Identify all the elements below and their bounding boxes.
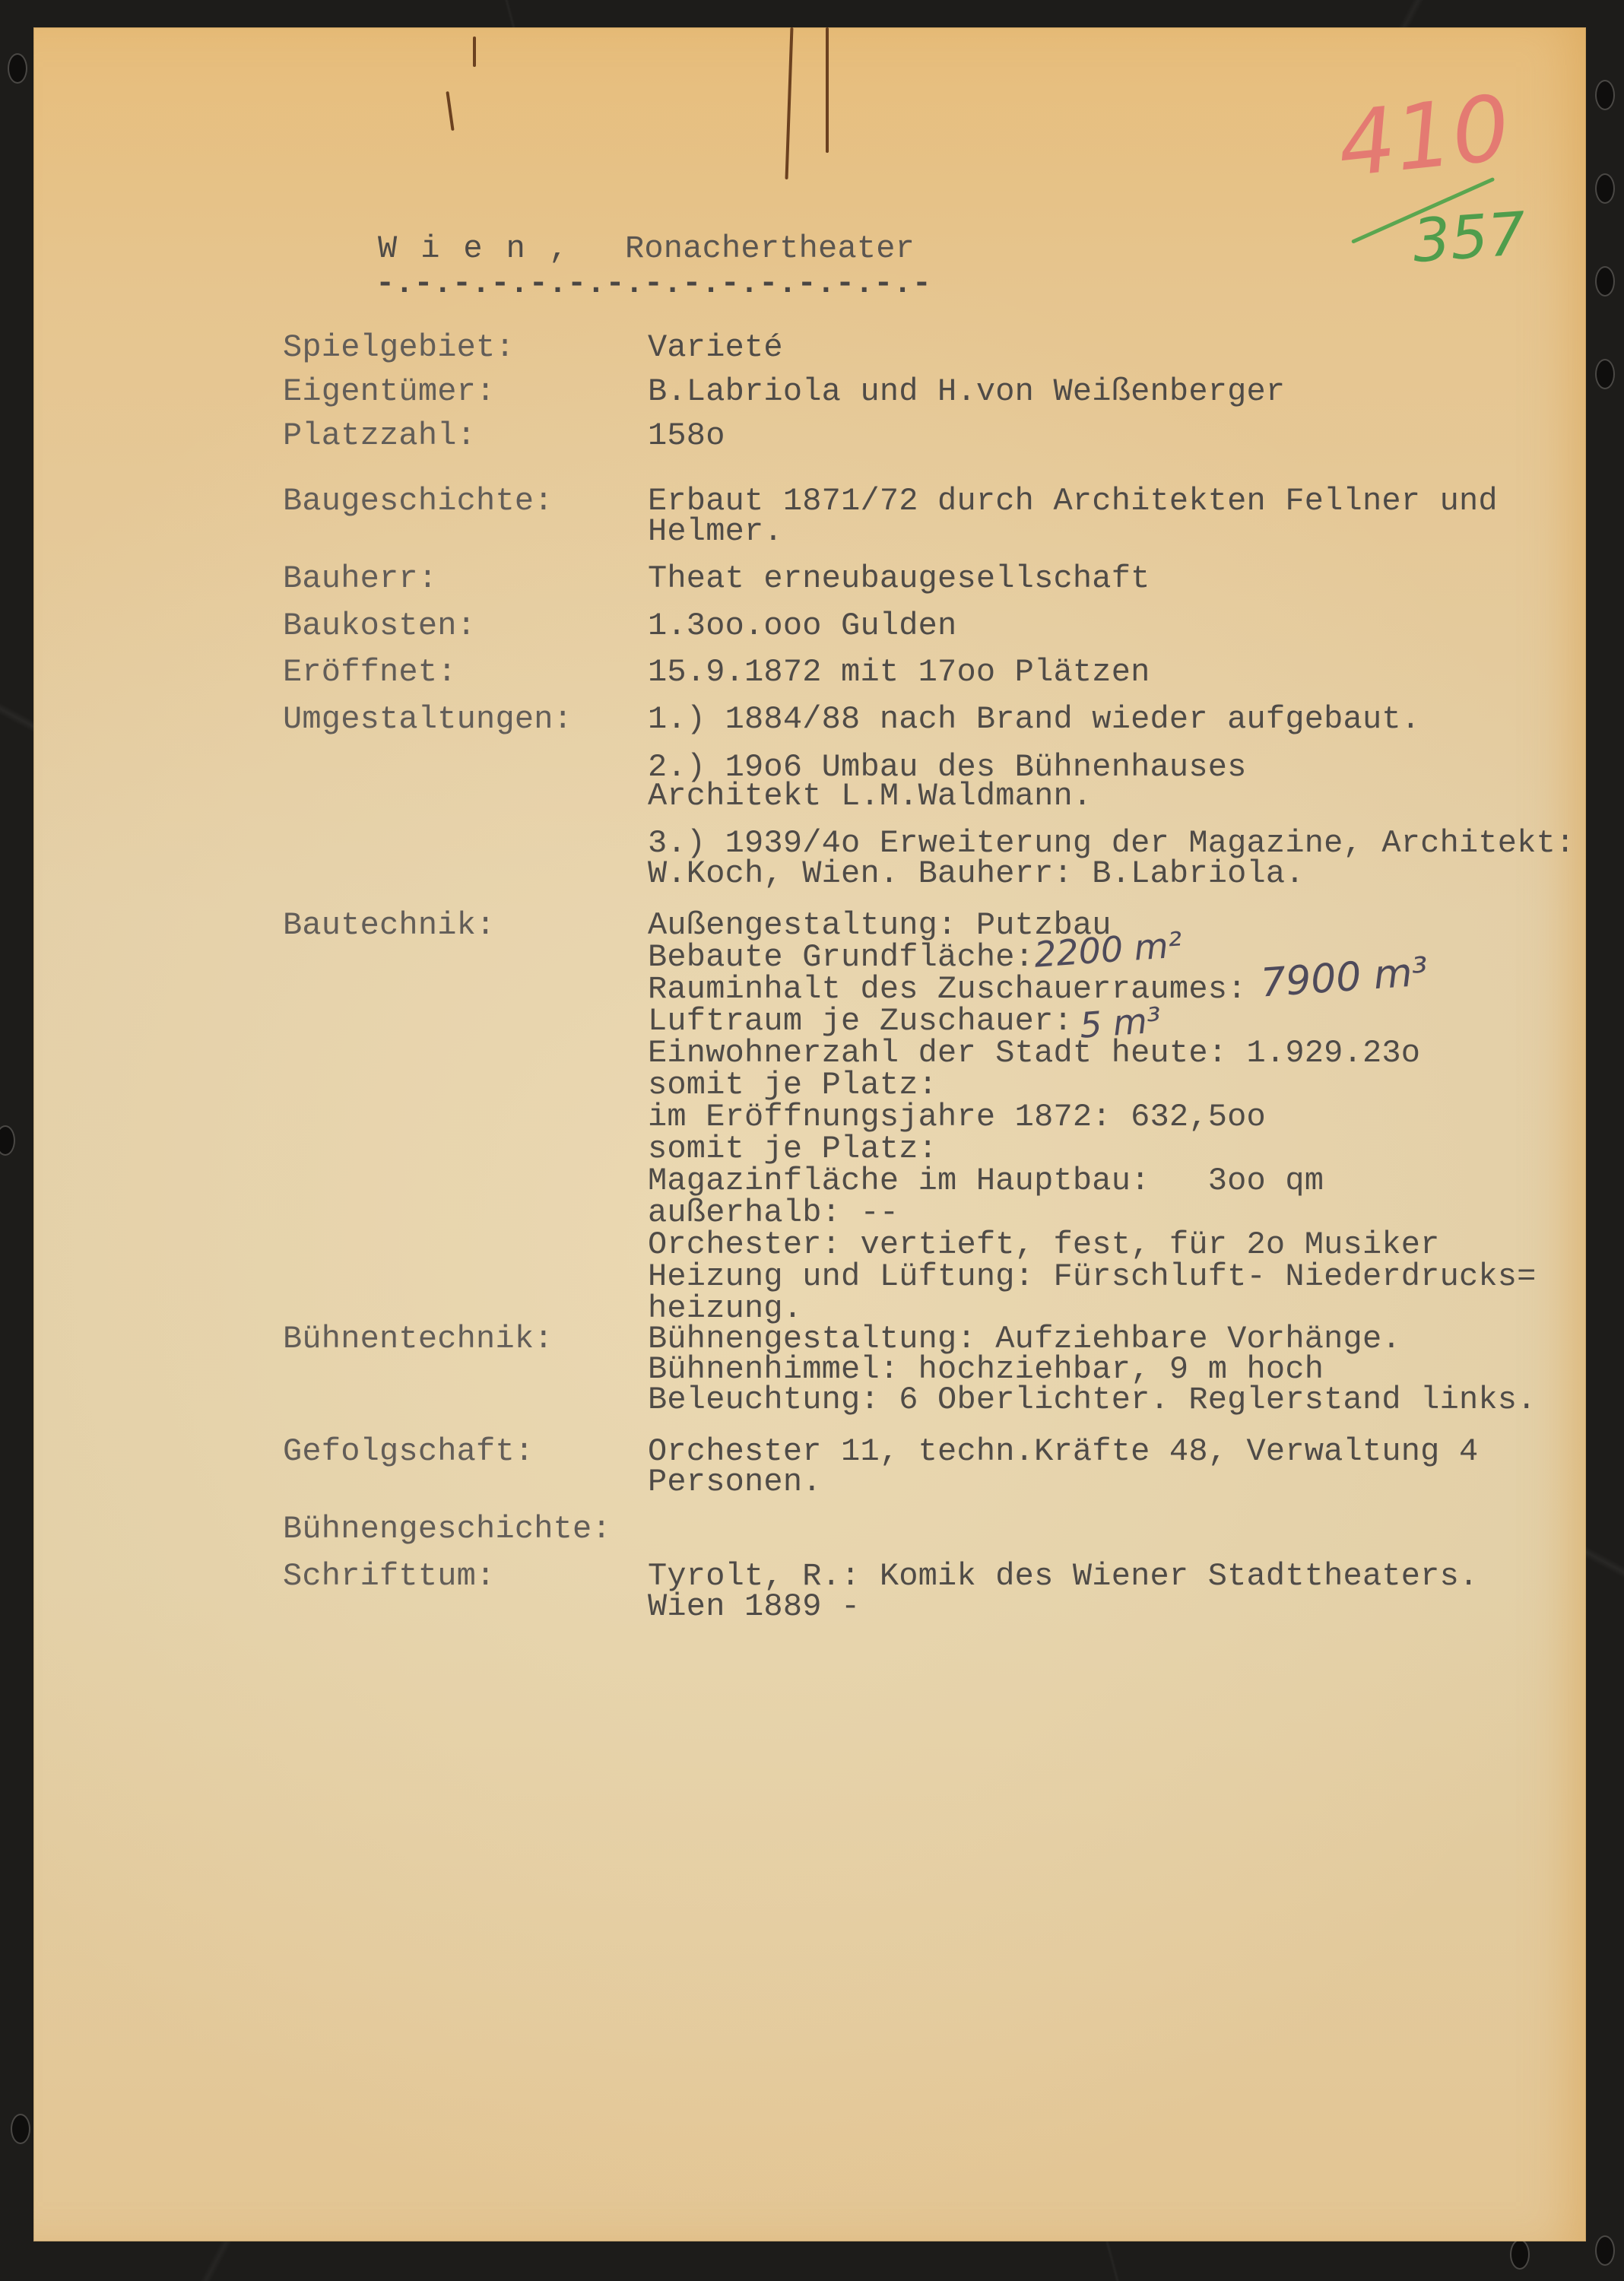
- buehnentechnik-line: Beleuchtung: 6 Oberlichter. Reglerstand …: [648, 1384, 1537, 1416]
- binder-hole: [1595, 80, 1615, 110]
- bautechnik-line: Magazinfläche im Hauptbau: 3oo qm: [648, 1165, 1324, 1197]
- label-spielgebiet: Spielgebiet:: [283, 332, 515, 363]
- value-baugeschichte-line: Helmer.: [648, 516, 783, 547]
- binder-hole: [1595, 359, 1615, 389]
- city-heading: Wien,: [378, 233, 592, 265]
- label-gefolgschaft: Gefolgschaft:: [283, 1436, 534, 1467]
- archive-number-green: 357: [1410, 200, 1528, 276]
- value-umgestaltung-item: 1.) 1884/88 nach Brand wieder aufgebaut.: [648, 703, 1420, 735]
- theater-heading: Ronachertheater: [625, 233, 915, 265]
- bautechnik-line: außerhalb: --: [648, 1197, 899, 1229]
- value-spielgebiet: Varieté: [648, 332, 783, 363]
- label-eroeffnet: Eröffnet:: [283, 656, 457, 688]
- bautechnik-line: Einwohnerzahl der Stadt heute: 1.929.23o: [648, 1037, 1420, 1069]
- bautechnik-line: Luftraum je Zuschauer:: [648, 1005, 1073, 1037]
- gefolgschaft-line: Personen.: [648, 1466, 822, 1498]
- buehnentechnik-line: Bühnenhimmel: hochziehbar, 9 m hoch: [648, 1353, 1324, 1385]
- schrifttum-line: Tyrolt, R.: Komik des Wiener Stadttheate…: [648, 1560, 1478, 1592]
- bautechnik-line: heizung.: [648, 1293, 802, 1325]
- binder-hole: [8, 53, 27, 84]
- value-platzzahl: 158o: [648, 420, 725, 452]
- bautechnik-line: somit je Platz:: [648, 1133, 937, 1165]
- label-baugeschichte: Baugeschichte:: [283, 485, 553, 517]
- handwritten-luftraum: 5 m³: [1078, 999, 1162, 1045]
- rust-mark: [826, 27, 829, 153]
- value-umgestaltung-item: W.Koch, Wien. Bauherr: B.Labriola.: [648, 858, 1305, 890]
- binder-hole: [11, 2114, 30, 2144]
- bautechnik-line: somit je Platz:: [648, 1069, 937, 1101]
- value-baukosten: 1.3oo.ooo Gulden: [648, 610, 956, 642]
- buehnentechnik-line: Bühnengestaltung: Aufziehbare Vorhänge.: [648, 1323, 1401, 1355]
- bautechnik-line: Orchester: vertieft, fest, für 2o Musike…: [648, 1229, 1440, 1261]
- value-eigentuemer: B.Labriola und H.von Weißenberger: [648, 376, 1285, 408]
- label-bautechnik: Bautechnik:: [283, 909, 495, 941]
- label-eigentuemer: Eigentümer:: [283, 376, 495, 408]
- bautechnik-line: im Eröffnungsjahre 1872: 632,5oo: [648, 1101, 1266, 1133]
- value-eroeffnet: 15.9.1872 mit 17oo Plätzen: [648, 656, 1150, 688]
- gefolgschaft-line: Orchester 11, techn.Kräfte 48, Verwaltun…: [648, 1436, 1478, 1467]
- value-bauherr: Theat erneubaugesellschaft: [648, 563, 1150, 595]
- label-umgestaltungen: Umgestaltungen:: [283, 703, 573, 735]
- binder-hole: [1595, 2235, 1615, 2266]
- bautechnik-line: Heizung und Lüftung: Fürschluft- Niederd…: [648, 1261, 1537, 1293]
- label-bauherr: Bauherr:: [283, 563, 437, 595]
- label-buehnengeschichte: Bühnengeschichte:: [283, 1513, 611, 1545]
- bautechnik-line: Bebaute Grundfläche:: [648, 941, 1034, 973]
- value-umgestaltung-item: 3.) 1939/4o Erweiterung der Magazine, Ar…: [648, 827, 1575, 859]
- label-buehnentechnik: Bühnentechnik:: [283, 1323, 553, 1355]
- heading-separator: -.-.-.-.-.-.-.-.-.-.-.-.-.-.-: [376, 268, 931, 300]
- binder-hole: [1595, 266, 1615, 297]
- binder-hole: [1510, 2239, 1530, 2270]
- binder-hole: [1595, 173, 1615, 204]
- rust-mark: [473, 36, 476, 67]
- value-umgestaltung-item: Architekt L.M.Waldmann.: [648, 780, 1092, 812]
- label-schrifttum: Schrifttum:: [283, 1560, 495, 1592]
- value-baugeschichte-line: Erbaut 1871/72 durch Architekten Fellner…: [648, 485, 1498, 517]
- label-platzzahl: Platzzahl:: [283, 420, 476, 452]
- label-baukosten: Baukosten:: [283, 610, 476, 642]
- schrifttum-line: Wien 1889 -: [648, 1591, 860, 1623]
